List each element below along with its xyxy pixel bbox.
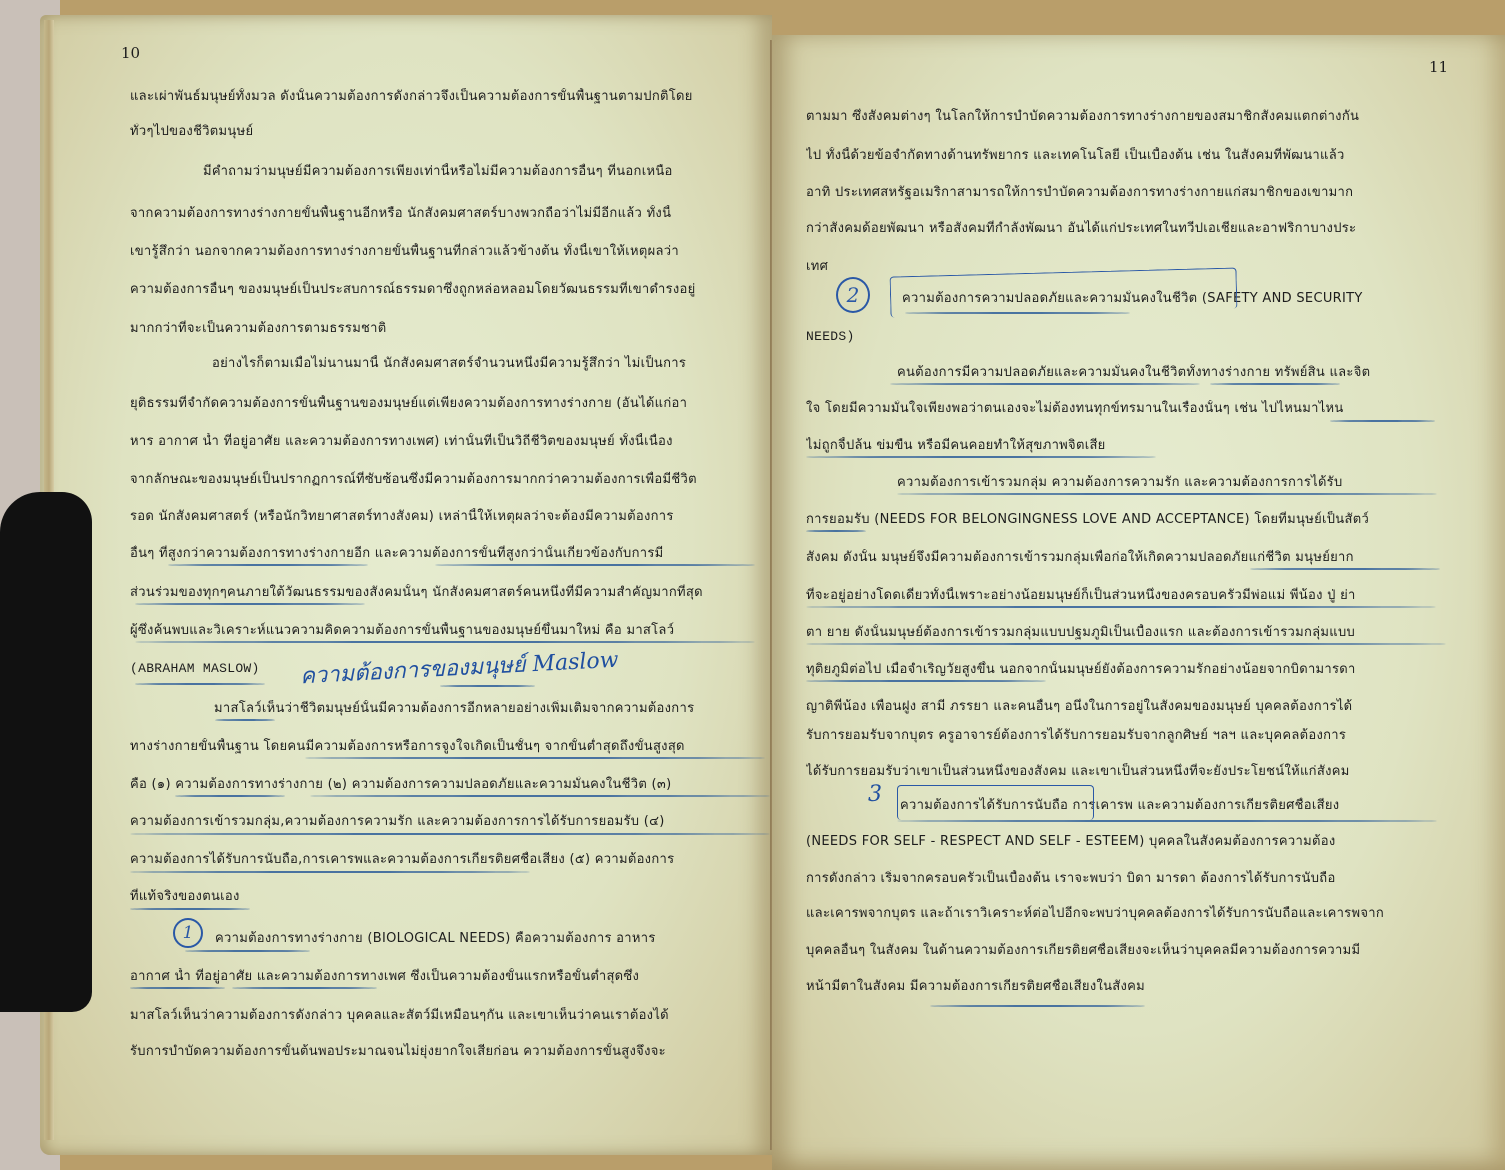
text-line: (NEEDS FOR SELF - RESPECT AND SELF - EST… — [806, 833, 1336, 851]
text-line: ได้รับการยอมรับว่าเขาเป็นส่วนหนึ่งของสัง… — [806, 763, 1350, 781]
text-line: ส่วนร่วมของทุกๆคนภายใต้วัฒนธรรมของสังคมน… — [130, 584, 703, 602]
pen-underline — [806, 606, 1436, 608]
text-line: ความต้องการทางร่างกาย (BIOLOGICAL NEEDS)… — [215, 930, 656, 948]
pen-underline — [310, 795, 770, 797]
text-line: การยอมรับ (NEEDS FOR BELONGINGNESS LOVE … — [806, 511, 1369, 529]
text-line: อย่างไรก็ตามเมื่อไม่นานมานี้ นักสังคมศาส… — [212, 355, 686, 373]
text-line: ที่แท้จริงของตนเอง — [130, 888, 240, 906]
pen-underline — [806, 530, 866, 532]
text-line: อาทิ ประเทศสหรัฐอเมริกาสามารถให้การบำบัด… — [806, 184, 1353, 202]
text-line: คือ (๑) ความต้องการทางร่างกาย (๒) ความต้… — [130, 776, 671, 794]
pen-underline — [905, 312, 1130, 314]
text-line: อากาศ น้ำ ที่อยู่อาศัย และความต้องการทาง… — [130, 968, 639, 986]
text-line: การดังกล่าว เริ่มจากครอบครัวเป็นเบื้องต้… — [806, 870, 1336, 888]
text-line: ตามมา ซึ่งสังคมต่างๆ ในโลกให้การบำบัดควา… — [806, 108, 1359, 126]
pen-underline — [890, 383, 1200, 385]
text-line: หน้ามีตาในสังคม มีความต้องการเกียรติยศชื… — [806, 978, 1145, 996]
text-line: เขารู้สึกว่า นอกจากความต้องการทางร่างกาย… — [130, 243, 679, 261]
text-line: ทางร่างกายขั้นพื้นฐาน โดยคนมีความต้องการ… — [130, 738, 685, 756]
text-line: NEEDS) — [806, 328, 855, 346]
pen-underline — [897, 493, 1437, 495]
pen-underline — [1330, 420, 1435, 422]
pen-box — [897, 785, 1094, 820]
pen-underline — [806, 643, 1446, 645]
text-line: กว่าสังคมด้อยพัฒนา หรือสังคมที่กำลังพัฒน… — [806, 220, 1356, 238]
pen-underline — [130, 871, 530, 873]
pen-underline — [1210, 383, 1340, 385]
text-line: จากความต้องการทางร่างกายขั้นพื้นฐานอีกหร… — [130, 205, 671, 223]
text-line: ความต้องการเข้ารวมกลุ่ม ความต้องการความร… — [897, 474, 1343, 492]
pen-underline — [897, 820, 1437, 822]
text-line: มาสโลว์เห็นว่าความต้องการดังกล่าว บุคคลแ… — [130, 1007, 669, 1025]
pen-underline — [135, 603, 365, 605]
page-number-left: 10 — [121, 44, 140, 62]
text-line: อื่นๆ ที่สูงกว่าความต้องการทางร่างกายอีก… — [130, 545, 664, 563]
text-line: จากลักษณะของมนุษย์เป็นปรากฏการณ์ที่ซับซ้… — [130, 471, 697, 489]
text-line: บุคคลอื่นๆ ในสังคม ในด้านความต้องการเกีย… — [806, 942, 1360, 960]
text-line: คนต้องการมีความปลอดภัยและความมั่นคงในชีว… — [897, 364, 1370, 382]
text-line: สังคม ดังนั้น มนุษย์จึงมีความต้องการเข้า… — [806, 549, 1354, 567]
text-line: รับการบำบัดความต้องการขั้นต้นพอประมาณจนไ… — [130, 1043, 666, 1061]
pen-underline — [232, 987, 377, 989]
pen-underline — [806, 456, 1156, 458]
pen-underline — [130, 833, 770, 835]
text-line: รับการยอมรับจากบุตร ครูอาจารย์ต้องการได้… — [806, 727, 1346, 745]
text-line: ความต้องการเข้ารวมกลุ่ม,ความต้องการความร… — [130, 813, 665, 831]
text-line: หาร อากาศ น้ำ ที่อยู่อาศัย และความต้องกา… — [130, 433, 673, 451]
text-line: รอด นักสังคมศาสตร์ (หรือนักวิทยาศาสตร์ทา… — [130, 508, 674, 526]
text-line: มาสโลว์เห็นว่าชีวิตมนุษย์นั้นมีความต้องก… — [214, 700, 694, 718]
text-line: ทุติยภูมิต่อไป เมื่อจำเริญวัยสูงขึ้น นอก… — [806, 661, 1356, 679]
text-line: (ABRAHAM MASLOW) — [130, 660, 260, 678]
pen-underline — [175, 795, 285, 797]
text-line: ตา ยาย ดังนั้นมนุษย์ต้องการเข้ารวมกลุ่มแ… — [806, 624, 1355, 642]
pen-underline — [135, 683, 265, 685]
pen-underline — [130, 908, 250, 910]
handwritten-mark-3: 3 — [868, 782, 882, 807]
pen-underline — [1250, 568, 1440, 570]
handwritten-circle-1: 1 — [173, 918, 203, 948]
text-line: มีคำถามว่ามนุษย์มีความต้องการเพียงเท่านี… — [203, 163, 673, 181]
pen-underline — [130, 987, 225, 989]
text-line: และเคารพจากบุตร และถ้าเราวิเคราะห์ต่อไปอ… — [806, 905, 1384, 923]
pen-underline — [305, 757, 765, 759]
text-line: ไม่ถูกจี้ปล้น ข่มขืน หรือมีคนคอยทำให้สุข… — [806, 437, 1106, 455]
text-line: ยุติธรรมที่จำกัดความต้องการขั้นพื้นฐานขอ… — [130, 395, 687, 413]
pen-underline — [185, 950, 310, 952]
pen-underline — [440, 685, 535, 687]
text-line: ไป ทั้งนี้ด้วยข้อจำกัดทางด้านทรัพยากร แล… — [806, 147, 1345, 165]
pen-underline — [168, 564, 368, 566]
text-line: ใจ โดยมีความมั่นใจเพียงพอว่าตนเองจะไม่ต้… — [806, 400, 1344, 418]
text-line: ความต้องการได้รับการนับถือ,การเคารพและคว… — [130, 851, 674, 869]
text-line: ที่จะอยู่อย่างโดดเดี่ยวทั้งนี้เพราะอย่าง… — [806, 587, 1356, 605]
handwritten-circle-2: 2 — [836, 277, 870, 313]
text-line: ทั่วๆไปของชีวิตมนุษย์ — [130, 123, 253, 141]
pen-underline — [435, 564, 755, 566]
pen-underline — [806, 680, 1046, 682]
text-line: เทศ — [806, 258, 828, 276]
text-line: ผู้ซึ่งค้นพบและวิเคราะห์แนวความคิดความต้… — [130, 622, 674, 640]
thumb-occlusion — [0, 492, 92, 1012]
text-line: มากกว่าที่จะเป็นความต้องการตามธรรมชาติ — [130, 320, 387, 338]
pen-underline — [215, 719, 275, 721]
page-number-right: 11 — [1429, 58, 1448, 76]
pen-underline — [135, 641, 755, 643]
text-line: ความต้องการอื่นๆ ของมนุษย์เป็นประสบการณ์… — [130, 281, 696, 299]
text-line: และเผ่าพันธ์มนุษย์ทั้งมวล ดังนั้นความต้อ… — [130, 88, 693, 106]
pen-underline — [930, 1005, 1145, 1007]
text-line: ญาติพี่น้อง เพื่อนฝูง สามี ภรรยา และคนอื… — [806, 698, 1352, 716]
